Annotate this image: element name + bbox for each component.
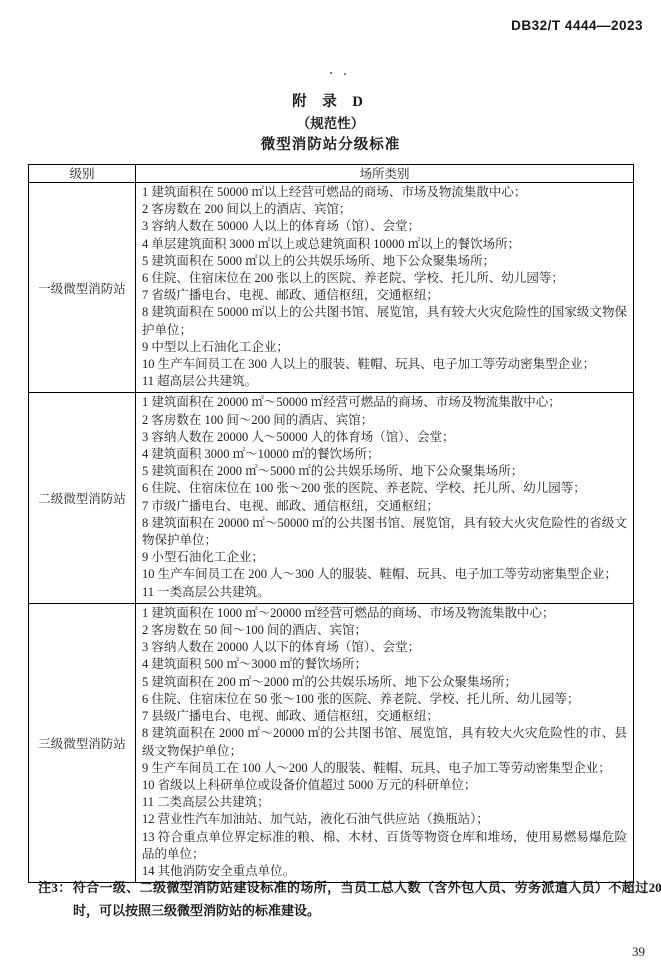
criteria-item: 7 市级广播电台、电视、邮政、通信枢纽，交通枢纽； <box>142 498 627 515</box>
criteria-item: 8 建筑面积在 50000 ㎡以上的公共图书馆、展览馆，具有较大火灾危险性的国家… <box>142 304 627 338</box>
criteria-item: 3 容纳人数在 50000 人以上的体育场（馆）、会堂； <box>142 218 627 235</box>
criteria-item: 1 建筑面积在 1000 ㎡～20000 ㎡经营可燃品的商场、市场及物流集散中心… <box>142 605 627 622</box>
table-row: 二级微型消防站 1 建筑面积在 20000 ㎡～50000 ㎡经营可燃品的商场、… <box>29 393 634 603</box>
criteria-item: 11 二类高层公共建筑； <box>142 794 627 811</box>
criteria-item: 4 建筑面积 3000 ㎡～10000 ㎡的餐饮场所； <box>142 446 627 463</box>
criteria-item: 7 县级广播电台、电视、邮政、通信枢纽，交通枢纽； <box>142 708 627 725</box>
criteria-item: 4 单层建筑面积 3000 ㎡以上或总建筑面积 10000 ㎡以上的餐饮场所； <box>142 236 627 253</box>
appendix-title: 附 录 D <box>0 92 661 113</box>
criteria-item: 8 建筑面积在 2000 ㎡～20000 ㎡的公共图书馆、展览馆，具有较大火灾危… <box>142 725 627 759</box>
table-row: 一级微型消防站 1 建筑面积在 50000 ㎡以上经营可燃品的商场、市场及物流集… <box>29 183 634 393</box>
footnote: 注3：符合一级、二级微型消防站建设标准的场所，当员工总人数（含外包人员、劳务派遣… <box>38 877 661 922</box>
criteria-item: 6 住院、住宿床位在 50 张～100 张的医院、养老院、学校、托儿所、幼儿园等… <box>142 691 627 708</box>
table-header-row: 级别 场所类别 <box>29 165 634 183</box>
criteria-item: 2 客房数在 200 间以上的酒店、宾馆； <box>142 201 627 218</box>
table-row: 三级微型消防站 1 建筑面积在 1000 ㎡～20000 ㎡经营可燃品的商场、市… <box>29 603 634 882</box>
footnote-text: 符合一级、二级微型消防站建设标准的场所，当员工总人数（含外包人员、劳务派遣人员）… <box>73 880 661 918</box>
criteria-item: 13 符合重点单位界定标准的粮、棉、木材、百货等物资仓库和堆场，使用易燃易爆危险… <box>142 829 627 863</box>
criteria-item: 9 小型石油化工企业； <box>142 549 627 566</box>
classification-table: 级别 场所类别 一级微型消防站 1 建筑面积在 50000 ㎡以上经营可燃品的商… <box>28 164 634 883</box>
document-page: DB32/T 4444—2023 附 录 D （规范性） 微型消防站分级标准 级… <box>0 0 661 971</box>
category-cell: 1 建筑面积在 20000 ㎡～50000 ㎡经营可燃品的商场、市场及物流集散中… <box>136 393 634 603</box>
criteria-item: 5 建筑面积在 5000 ㎡以上的公共娱乐场所、地下公众聚集场所； <box>142 253 627 270</box>
criteria-item: 2 客房数在 100 间～200 间的酒店、宾馆； <box>142 412 627 429</box>
footnote-label: 注3： <box>38 880 73 895</box>
criteria-item: 6 住院、住宿床位在 100 张～200 张的医院、养老院、学校、托儿所、幼儿园… <box>142 480 627 497</box>
criteria-item: 6 住院、住宿床位在 200 张以上的医院、养老院、学校、托儿所、幼儿园等； <box>142 270 627 287</box>
level-cell: 二级微型消防站 <box>29 393 136 603</box>
criteria-item: 5 建筑面积在 200 ㎡～2000 ㎡的公共娱乐场所、地下公众聚集场所； <box>142 674 627 691</box>
category-cell: 1 建筑面积在 1000 ㎡～20000 ㎡经营可燃品的商场、市场及物流集散中心… <box>136 603 634 882</box>
category-cell: 1 建筑面积在 50000 ㎡以上经营可燃品的商场、市场及物流集散中心；2 客房… <box>136 183 634 393</box>
criteria-item: 1 建筑面积在 50000 ㎡以上经营可燃品的商场、市场及物流集散中心； <box>142 184 627 201</box>
level-cell: 三级微型消防站 <box>29 603 136 882</box>
page-number: 39 <box>632 944 645 960</box>
criteria-item: 8 建筑面积在 20000 ㎡～50000 ㎡的公共图书馆、展览馆，具有较大火灾… <box>142 515 627 549</box>
criteria-item: 10 生产车间员工在 200 人～300 人的服装、鞋帽、玩具、电子加工等劳动密… <box>142 566 627 583</box>
criteria-item: 4 建筑面积 500 ㎡～3000 ㎡的餐饮场所； <box>142 656 627 673</box>
appendix-subtitle: 微型消防站分级标准 <box>0 134 661 156</box>
scan-speck <box>330 72 332 74</box>
criteria-item: 11 超高层公共建筑。 <box>142 373 627 390</box>
criteria-item: 11 一类高层公共建筑。 <box>142 584 627 601</box>
criteria-item: 3 容纳人数在 20000 人以下的体育场（馆）、会堂； <box>142 639 627 656</box>
column-header-level: 级别 <box>29 165 136 183</box>
criteria-item: 9 中型以上石油化工企业； <box>142 339 627 356</box>
criteria-item: 3 容纳人数在 20000 人～50000 人的体育场（馆）、会堂； <box>142 429 627 446</box>
criteria-item: 5 建筑面积在 2000 ㎡～5000 ㎡的公共娱乐场所、地下公众聚集场所； <box>142 463 627 480</box>
criteria-item: 2 客房数在 50 间～100 间的酒店、宾馆； <box>142 622 627 639</box>
level-cell: 一级微型消防站 <box>29 183 136 393</box>
criteria-item: 7 省级广播电台、电视、邮政、通信枢纽，交通枢纽； <box>142 287 627 304</box>
criteria-item: 1 建筑面积在 20000 ㎡～50000 ㎡经营可燃品的商场、市场及物流集散中… <box>142 394 627 411</box>
scan-speck <box>344 73 346 75</box>
criteria-item: 10 生产车间员工在 300 人以上的服装、鞋帽、玩具、电子加工等劳动密集型企业… <box>142 356 627 373</box>
appendix-title-block: 附 录 D （规范性） 微型消防站分级标准 <box>0 92 661 156</box>
doc-number: DB32/T 4444—2023 <box>511 18 643 33</box>
column-header-category: 场所类别 <box>136 165 634 183</box>
criteria-item: 9 生产车间员工在 100 人～200 人的服装、鞋帽、玩具、电子加工等劳动密集… <box>142 760 627 777</box>
appendix-normative-label: （规范性） <box>0 113 661 134</box>
criteria-item: 12 营业性汽车加油站、加气站，液化石油气供应站（换瓶站）； <box>142 811 627 828</box>
criteria-item: 10 省级以上科研单位或设备价值超过 5000 万元的科研单位； <box>142 777 627 794</box>
